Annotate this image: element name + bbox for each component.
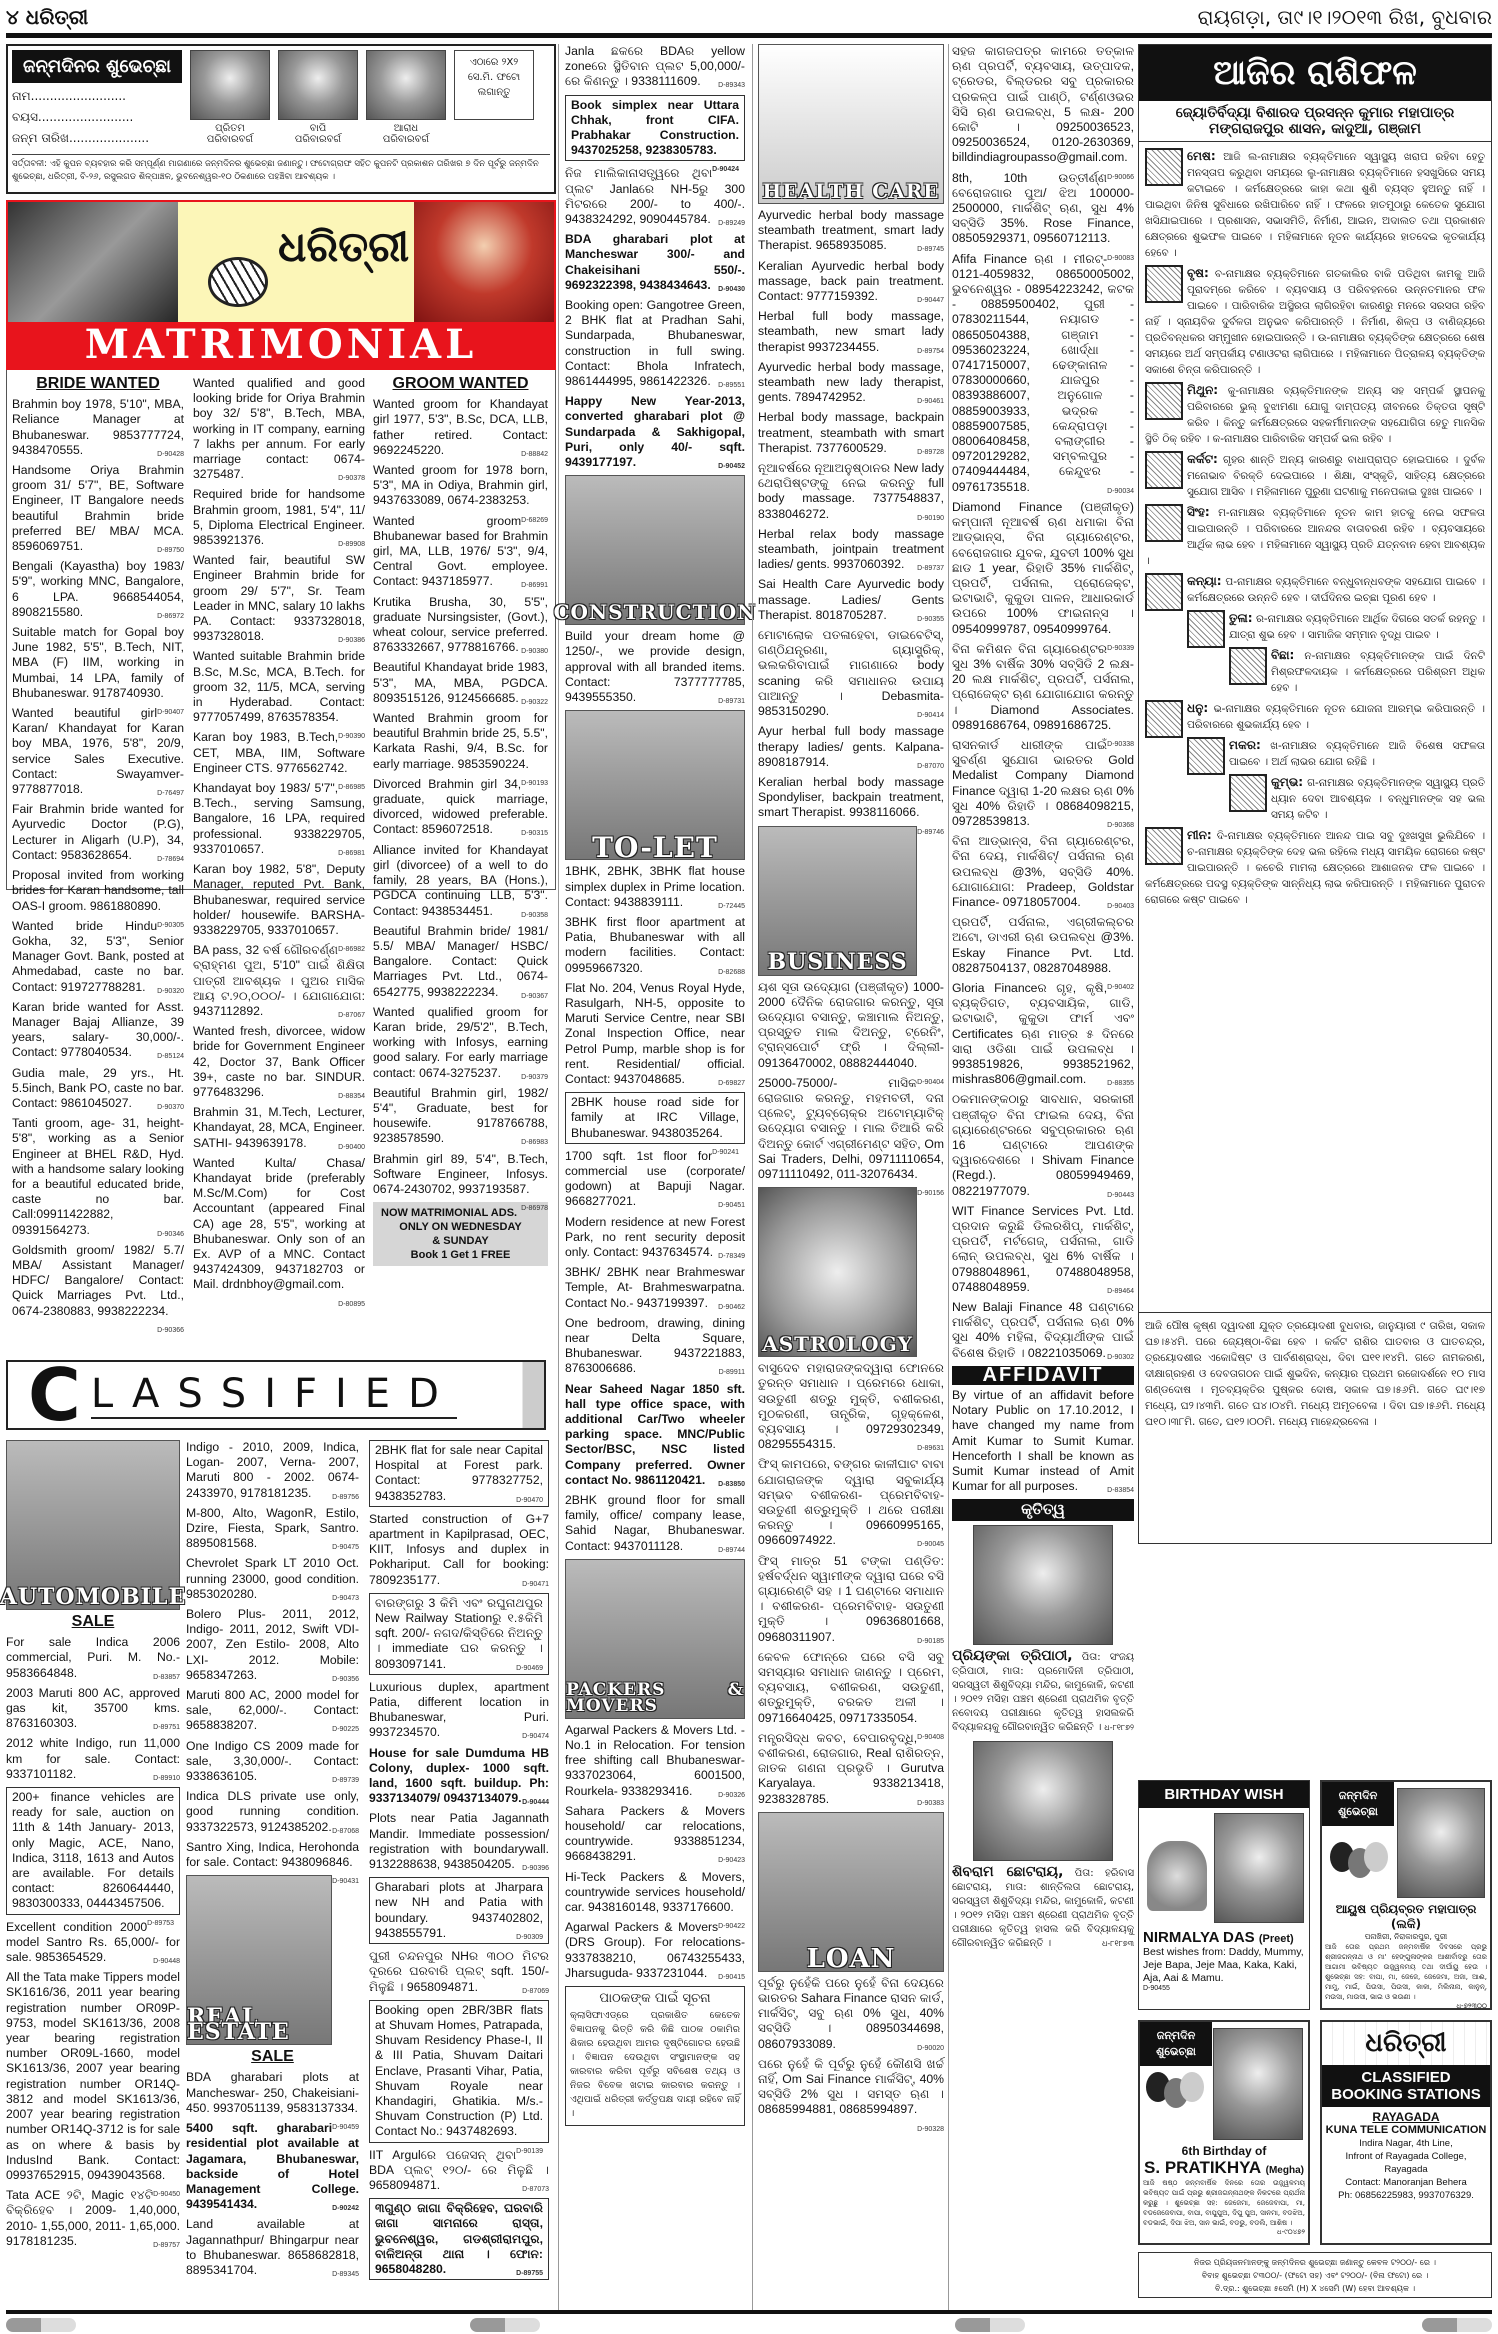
classified-ad: Karan boy 1982, 5'8", Deputy Manager, re… xyxy=(193,862,365,938)
ad-code: D-87067 xyxy=(338,1008,365,1023)
classified-ad: Herbal body massage, backpain treatment,… xyxy=(758,410,944,456)
ad-code: D-90447 xyxy=(917,293,944,308)
birthday-greeting-1: ଜନ୍ମଦିନ ଶୁଭେଚ୍ଛା ଆୟୁଷ ପ୍ରିୟବ୍ରତ ମହାପାତ୍ର… xyxy=(1320,1780,1492,2010)
classified-ad: ୩ଗୁଣ୍ଠ ଜାଗା ବିକ୍ରିହେବ, ଘରବାରି ଜାଗା ସାମନା… xyxy=(369,2198,549,2280)
zodiac-icon xyxy=(1145,148,1183,186)
masthead: ୪ ଧରିତ୍ରୀ ରାୟଗଡ଼ା, ତା୯।୧।୨୦୧୩ ରିଖ, ବୁଧବା… xyxy=(6,0,1492,38)
real-estate-image: REAL ESTATE xyxy=(186,1875,332,2045)
baby-photo xyxy=(1397,1788,1485,1898)
horoscope-entry: ସିଂହ: ମ-ନାମାକ୍ଷର ବ୍ୟକ୍ତିମାନେ ନୂତନ କାମ ହା… xyxy=(1145,504,1485,569)
ad-code: D-90356 xyxy=(332,1672,359,1687)
classified-ad: Brahmin 31, M.Tech, Lecturer, Khandayat,… xyxy=(193,1105,365,1151)
ad-code: D-86978 xyxy=(521,1201,548,1216)
classified-ad: Indica DLS private use only, good runnin… xyxy=(186,1789,359,1835)
finance-column: ସହଜ କାଗଜପତ୍ର କାମରେ ତତ୍କାଳ ଋଣ ପ୍ରପର୍ଟି, ବ… xyxy=(952,44,1134,1951)
classified-ad: Excellent condition 2000 model Santro Rs… xyxy=(6,1920,180,1966)
services-column: HEALTH CARE Ayurvedic herbal body massag… xyxy=(758,44,944,2137)
classified-ad: Near Saheed Nagar 1850 sft. hall type of… xyxy=(565,1382,745,1488)
ad-code: D-89745 xyxy=(917,242,944,257)
footer-tab-center-left xyxy=(470,2318,540,2332)
ad-code: D-86981 xyxy=(338,846,365,861)
classified-ad: Wanted bride Hindu Gokha, 32, 5'3", Seni… xyxy=(12,919,184,995)
dateline: ରାୟଗଡ଼ା, ତା୯।୧।୨୦୧୩ ରିଖ, ବୁଧବାର xyxy=(1198,5,1492,29)
greeting-title: ଜନ୍ମଦିନ ଶୁଭେଚ୍ଛା xyxy=(1322,1782,1394,1826)
ad-code: D-90430 xyxy=(718,282,745,297)
bride-wanted-header: BRIDE WANTED xyxy=(12,376,184,391)
horoscope-title: ଆଜିର ରାଶିଫଳ xyxy=(1139,45,1491,101)
ad-code: D-90309 xyxy=(516,1930,543,1945)
ad-code: D-90242 xyxy=(332,2201,359,2216)
ad-code: D-86972 xyxy=(157,609,184,624)
flower-bouquet-icon xyxy=(1147,1841,1207,1911)
classified-ad: Tanti groom, age- 31, height- 5'8", work… xyxy=(12,1116,184,1238)
classified-ad: ପୂର୍ବରୁ ନୁହେଁକି ପରେ ନୁହେଁ ବିନା ଦେୟରେ ଭାର… xyxy=(758,1976,944,2052)
horoscope-entry: ତୁଳା: ର-ନାମାକ୍ଷର ବ୍ୟକ୍ତିମାନେ ଆର୍ଥିକ ଦିଗର… xyxy=(1145,610,1485,643)
dholak-icon xyxy=(208,257,268,307)
classified-ad: ରାସନକାର୍ଡ ଧାରୀଙ୍କ ପାଇଁ ସୁବର୍ଣ୍ଣ ସୁଯୋଗ ଭା… xyxy=(952,738,1134,829)
classified-ad: House for sale Dumduma HB Colony, duplex… xyxy=(369,1746,549,1807)
ad-code: D-90326 xyxy=(718,1788,745,1803)
classified-ad: Sai Health Care Ayurvedic body massage. … xyxy=(758,577,944,623)
ad-code: D-89908 xyxy=(338,537,365,552)
classified-ad: Suitable match for Gopal boy June 1982, … xyxy=(12,625,184,701)
classified-ad: Agarwal Packers & Movers Ltd. - No.1 in … xyxy=(565,1723,745,1799)
reader-notice-title: ପାଠକଙ୍କ ପାଇଁ ସୂଚନା xyxy=(570,1991,740,2006)
ad-code: D-89249 xyxy=(718,216,745,231)
classified-ad: Divorced Brahmin girl 34, graduate, quic… xyxy=(373,777,548,838)
ad-code: D-89754 xyxy=(917,344,944,359)
ad-code: D-90452 xyxy=(718,459,745,474)
ad-code: D-85124 xyxy=(157,1049,184,1064)
ad-code: D-90451 xyxy=(718,1198,745,1213)
coupon-terms: ସର୍ତ୍ତାବଳୀ: ଏହି କୁପନ ବ୍ୟବହାର କରି ସମ୍ପୂର୍… xyxy=(12,154,550,184)
greeting-title: ଜନ୍ମଦିନ ଶୁଭେଚ୍ଛା xyxy=(1140,2022,1212,2066)
zodiac-icon xyxy=(1145,265,1183,303)
groom-wanted-header: GROOM WANTED xyxy=(373,376,548,391)
classified-ad: 1700 sqft. 1st floor for commercial use … xyxy=(565,1149,745,1210)
ad-code: D-90379 xyxy=(521,1070,548,1085)
classified-ad: Started construction of G+7 apartment in… xyxy=(369,1512,549,1588)
ad-code: D-89551 xyxy=(718,378,745,393)
classified-ad: Book simplex near Uttara Chhak, front CI… xyxy=(565,95,745,162)
ad-code: D-90378 xyxy=(338,471,365,486)
classified-ad: Flat No. 204, Venus Royal Hyde, Rasulgar… xyxy=(565,981,745,1087)
achiever-photo xyxy=(973,1741,1113,1861)
ad-code: D-89737 xyxy=(917,561,944,576)
classified-ad: BA pass, 32 ବର୍ଷ ଗୌରବର୍ଣ୍ଣ ବ୍ରାହ୍ମଣ ପୁଅ,… xyxy=(193,943,365,1019)
classified-ad: Karan boy 1983, B.Tech, CET, MBA, IIM, S… xyxy=(193,730,365,776)
birthday-photo xyxy=(1214,1813,1304,1923)
ad-code: D-69827 xyxy=(718,1076,745,1091)
coupon-child-1: ପ୍ରିତମ ପରିବାରବର୍ଗ xyxy=(190,50,270,150)
classified-ad: Agarwal Packers & Movers (DRS Group). Fo… xyxy=(565,1920,745,1981)
ad-code: D-89746 xyxy=(917,825,944,840)
zodiac-icon xyxy=(1145,827,1183,865)
reader-notice-body: କ୍ଲାସିଫାଏଡ୍‌ରେ ପ୍ରକାଶିତ କେତେକ ବିଜ୍ଞାପନକୁ… xyxy=(570,2009,740,2121)
ad-code: D-90462 xyxy=(718,1300,745,1315)
classified-ad: ଫିସ୍ ମାତ୍ର 51 ଟଙ୍କା ପଣ୍ଡିତ: ହର୍ଷବର୍ଦ୍ଧନ … xyxy=(758,1554,944,1645)
classified-ad: IIT Argulରେ ପଜେସନ୍ ଥିବା BDA ପ୍ଲଟ୍ ୧୨୦/- … xyxy=(369,2148,549,2194)
loan-image: LOAN xyxy=(758,1812,944,1972)
classified-ad: Wanted Brahmin groom for beautiful Brahm… xyxy=(373,711,548,772)
classified-ad: 3BHK/ 2BHK near Brahmeswar Temple, At- B… xyxy=(565,1265,745,1311)
ad-code: D-90225 xyxy=(332,1722,359,1737)
classified-ad: Wanted qualified groom for Karan bride, … xyxy=(373,1005,548,1081)
classified-ad: Keralian herbal body massage Spondyliser… xyxy=(758,775,944,821)
ad-code: D-90403 xyxy=(1107,899,1134,914)
sale-header: SALE xyxy=(6,1614,180,1629)
ad-code: D-90190 xyxy=(917,511,944,526)
groom-wanted-column: GROOM WANTED Wanted groom for Khandayat … xyxy=(373,372,548,1266)
ad-code: D-90368 xyxy=(1107,818,1134,833)
zodiac-icon xyxy=(1145,573,1183,611)
panjika: ଆଜି ପୌଷ କୃଷ୍ଣ ଦ୍ୱାଦଶୀ ଯୁକ୍ତ ତ୍ରୟୋଦଶୀ ବୁଧ… xyxy=(1139,1312,1491,1435)
classified-ad: ନିଜ ମାଲିକାନାସତ୍ତ୍ୱରେ ଥିବା ପ୍ଲଟ Janlaରେ N… xyxy=(565,166,745,227)
horoscope-entry: କୁମ୍ଭ: ଗ-ନାମାକ୍ଷର ବ୍ୟକ୍ତିମାନଙ୍କ ସ୍ୱାସ୍ଥ୍… xyxy=(1145,774,1485,823)
ad-code: D-90461 xyxy=(917,394,944,409)
brand-logo: ଧରିତ୍ରୀ xyxy=(1322,2022,1490,2065)
horoscope-entry: ମୀନ: ଦି-ନାମାକ୍ଷର ବ୍ୟକ୍ତିମାନେ ଆନନ୍ଦ ପାଇ ସ… xyxy=(1145,827,1485,908)
footer-tab-center-right xyxy=(955,2318,1025,2332)
classified-ad: Modern residence at new Forest Park, no … xyxy=(565,1215,745,1261)
classified-ad: Wanted groom for Khandayat girl 1977, 5'… xyxy=(373,397,548,458)
balloons-icon xyxy=(1330,1842,1390,1892)
classified-ad: Wanted groom for 1978 born, 5'3", MA in … xyxy=(373,463,548,509)
horoscope-entry: ବିଛା: ନ-ନାମାକ୍ଷର ବ୍ୟକ୍ତିମାନଙ୍କ ପାଇଁ ଦିନଟ… xyxy=(1145,647,1485,696)
classified-ad: Indigo - 2010, 2009, Indica, Logan- 2007… xyxy=(186,1440,359,1501)
classified-ad: Chevrolet Spark LT 2010 Oct. running 230… xyxy=(186,1556,359,1602)
ad-code: D-89464 xyxy=(1107,1284,1134,1299)
ad-code: D-90355 xyxy=(917,612,944,627)
ad-code: D-89739 xyxy=(332,1773,359,1788)
balloons-icon xyxy=(1146,2072,1206,2122)
coupon-child-3: ଆରାଧ ପରିବାରବର୍ଗ xyxy=(366,50,446,150)
classified-ad: Brahmin boy 1978, 5'10", MBA, Reliance M… xyxy=(12,397,184,458)
horoscope-entry: ମକର: ଖ-ନାମାକ୍ଷର ବ୍ୟକ୍ତିମାନେ ଆଜି ବିଶେଷ ସଫ… xyxy=(1145,737,1485,770)
ad-code: D-90474 xyxy=(522,1729,549,1744)
ad-code: D-90428 xyxy=(157,447,184,462)
classified-ad: Fair Brahmin bride wanted for Ayurvedic … xyxy=(12,802,184,863)
ad-code: D-90415 xyxy=(718,1970,745,1985)
classified-ad: 25000-75000/- ମାସିକ ରୋଜଗାର କରନ୍ତୁ, ମହମବତ… xyxy=(758,1076,944,1182)
classified-ad: ସହଜ କାଗଜପତ୍ର କାମରେ ତତ୍କାଳ ଋଣ ପ୍ରପର୍ଟି, ବ… xyxy=(952,44,1134,166)
classified-ad: Beautiful Khandayat bride 1983, 5'3", MA… xyxy=(373,660,548,706)
classified-ad: Khandayat boy 1983/ 5'7", B.Tech., servi… xyxy=(193,781,365,857)
birthday-wishes-text: Best wishes from: Daddy, Mummy, Jeje Bap… xyxy=(1143,1946,1305,1985)
ad-code: D-90473 xyxy=(332,1591,359,1606)
classified-ad: Karan bride wanted for Asst. Manager Baj… xyxy=(12,1000,184,1061)
classified-ad: Beautiful Brahmin bride/ 1981/ 5.5/ MBA/… xyxy=(373,924,548,1000)
ad-code: D-89345 xyxy=(332,2267,359,2282)
classified-ad: Herbal relax body massage steambath, joi… xyxy=(758,527,944,573)
coupon-name-field[interactable]: ନାମ......................... xyxy=(12,89,182,104)
greeting-name: S. PRATIKHYA xyxy=(1144,2158,1261,2177)
footer-rule xyxy=(6,2310,1492,2314)
ad-code: D-90431 xyxy=(332,1874,359,1889)
zodiac-icon xyxy=(1145,382,1183,420)
ad-code: D-80895 xyxy=(338,1297,365,1312)
coupon-title: ଜନ୍ମଦିନର ଶୁଭେଚ୍ଛା xyxy=(12,50,182,83)
matrimonial-middle-column: Wanted qualified and good looking bride … xyxy=(193,376,365,1312)
classified-ad: Sahara Packers & Movers household/ car r… xyxy=(565,1804,745,1865)
ad-code: D-72445 xyxy=(718,899,745,914)
ad-code: D-90315 xyxy=(521,826,548,841)
classified-ad: M-800, Alto, WagonR, Estilo, Dzire, Fies… xyxy=(186,1506,359,1552)
ad-code: D-90386 xyxy=(338,633,365,648)
classified-ad: ବିନା କମିଶନ ବିନା ଗ୍ୟାରେଣ୍ଟର ସୁଧ 3% ବାର୍ଷି… xyxy=(952,642,1134,733)
ad-code: D-90444 xyxy=(522,1795,549,1810)
classified-ad: Build your dream home @ 1250/-, we provi… xyxy=(565,629,745,705)
ad-code: D-90358 xyxy=(521,908,548,923)
classified-ad: 200+ finance vehicles are ready for sale… xyxy=(6,1787,180,1915)
classified-ad: Keralian Ayurvedic herbal body massage, … xyxy=(758,259,944,305)
classified-ad: All the Tata make Tippers model SK1616/3… xyxy=(6,1970,180,2183)
classified-ad: କେବଳ ଫୋନ୍‌ରେ ଘରେ ବସି ସବୁ ସମସ୍ୟାର ସମାଧାନ … xyxy=(758,1650,944,1726)
child-photo xyxy=(190,50,270,120)
automobile-column-2: Indigo - 2010, 2009, Indica, Logan- 2007… xyxy=(186,1440,359,2283)
classified-ad: Handsome Oriya Brahmin groom 31/ 5'7", B… xyxy=(12,463,184,554)
ad-code: D-90475 xyxy=(332,1540,359,1555)
ad-code: D-76497 xyxy=(157,786,184,801)
birthday-coupon: ଜନ୍ମଦିନର ଶୁଭେଚ୍ଛା ନାମ...................… xyxy=(6,44,556,194)
classified-ad: ପୁରୀ ଚନ୍ଦନପୁର NHର ୩୦୦ ମିଟର ଦୂରରେ ଘରବାରି … xyxy=(369,1949,549,1995)
classified-ad: Ayur herbal full body massage therapy la… xyxy=(758,724,944,770)
coupon-child-2: ବାପି ପରିବାରବର୍ଗ xyxy=(278,50,358,150)
achievement-header: କୃତିତ୍ୱ xyxy=(952,1499,1134,1520)
ad-code: D-90414 xyxy=(917,708,944,723)
footer-tab-right xyxy=(1422,2318,1492,2332)
ad-code: D-90423 xyxy=(718,1853,745,1868)
ad-code: D-90443 xyxy=(1107,1188,1134,1203)
classified-ad: ପ୍ରପର୍ଟି, ପର୍ସନାଲ, ଏଗ୍ରୀକଲ୍ଚର ଅଟୋ, ଡାଏରୀ… xyxy=(952,915,1134,976)
classified-ad: Proposal invited from working brides for… xyxy=(12,868,184,914)
classified-ad: Land available at Jagannathpur/ Bhingarp… xyxy=(186,2217,359,2278)
booking-city: RAYAGADA xyxy=(1322,2111,1490,2124)
zodiac-icon xyxy=(1145,700,1183,738)
zodiac-icon xyxy=(1145,451,1183,489)
zodiac-icon xyxy=(1187,610,1225,648)
ad-code: D-90328 xyxy=(917,2122,944,2137)
ad-code: D-90045 xyxy=(917,1537,944,1552)
classified-ad: Afifa Finance ଋଣ । ମୀରଟ୍- 0121-4059832, … xyxy=(952,252,1134,495)
ad-code: D-89756 xyxy=(332,1490,359,1505)
classified-ad: 5400 sqft. gharabari residential plot av… xyxy=(186,2121,359,2212)
classified-ad: ବାସୁଦେବ ମହାରାଜଙ୍କଦ୍ୱାରା ଫୋନରେ ତୁରନ୍ତ ସମା… xyxy=(758,1361,944,1452)
achiever-name: ପ୍ରିୟଙ୍କା ତ୍ରିପାଠୀ, xyxy=(952,1648,1073,1664)
automobile-image: AUTOMOBILE xyxy=(6,1440,180,1610)
classified-ad: One Indigo CS 2009 made for sale, 3,30,0… xyxy=(186,1739,359,1785)
ad-code: D-90367 xyxy=(521,989,548,1004)
ad-code: D-90469 xyxy=(516,1661,543,1676)
business-image: BUSINESS xyxy=(758,826,917,976)
real-estate-column: 2BHK flat for sale near Capital Hospital… xyxy=(369,1440,549,2285)
classified-ad: ୟଶ ସୂତା ଉଦ୍ୟୋଗ (ପଞ୍ଜୀକୃତ) 1000-2000 ଦୈନି… xyxy=(758,980,944,1071)
classified-ad: 8th, 10th ଉତ୍ତୀର୍ଣ୍ଣ ବେରୋଜଗାର ପୁଅ/ ଝିଅ 1… xyxy=(952,171,1134,247)
booking-phone: Ph: 06856225983, 9937076329. xyxy=(1322,2189,1490,2202)
matrimonial-banner: ଧରିତ୍ରୀ MATRIMONIAL xyxy=(6,200,556,370)
ad-code: D-90380 xyxy=(521,644,548,659)
ad-code: D-89755 xyxy=(516,2266,543,2281)
achiever-1: ପ୍ରିୟଙ୍କା ତ୍ରିପାଠୀ, ପିତା: ସଂଜୟ ତ୍ରିପାଠୀ,… xyxy=(952,1525,1134,1735)
ad-code: D-90322 xyxy=(521,695,548,710)
achiever-2: ଶିବରାମ ଛୋଟରାୟ, ପିତା: ହରିବାସ ଛୋଟରାୟ, ମାତା… xyxy=(952,1741,1134,1951)
horoscope-entry: ମିଥୁନ: କୁ-ନାମାକ୍ଷର ବ୍ୟକ୍ତିମାନଙ୍କ ଅନ୍ୟ ସହ… xyxy=(1145,382,1485,447)
zodiac-icon xyxy=(1187,737,1225,775)
ad-code: D-89750 xyxy=(157,543,184,558)
classified-ad: ମୋଟାଲୋକ ପତଳାହେବା, ଡାଇବେଟିସ୍, ଗଣ୍ଠିଯନ୍ତ୍ର… xyxy=(758,628,944,719)
ad-code: D-87069 xyxy=(522,1984,549,1999)
classified-ad: Brahmin girl 89, 5'4", B.Tech, Software … xyxy=(373,1152,548,1198)
ad-code: D-88842 xyxy=(521,447,548,462)
classified-ad: 2BHK ground floor for small family, offi… xyxy=(565,1493,745,1554)
birthday-wish-title: BIRTHDAY WISH xyxy=(1139,1781,1309,1808)
classified-ad: Santro Xing, Indica, Herohonda for sale.… xyxy=(186,1840,359,1870)
classified-ad: Maruti 800 AC, 2000 model for sale, 62,0… xyxy=(186,1688,359,1734)
ad-code: D-82688 xyxy=(718,965,745,980)
ad-code: D-90185 xyxy=(917,1634,944,1649)
ad-code: D-89910 xyxy=(153,1771,180,1786)
ad-code: D-89343 xyxy=(718,78,745,93)
classified-ad: Luxurious duplex, apartment Patia, diffe… xyxy=(369,1680,549,1741)
ad-code: D-87073 xyxy=(522,2182,549,2197)
classified-ad: Bengali (Kayastha) boy 1983/ 5'9", worki… xyxy=(12,559,184,620)
classified-ad: 2003 Maruti 800 AC, approved gas kit, 35… xyxy=(6,1686,180,1732)
classified-ad: 1BHK, 2BHK, 3BHK flat house simplex dupl… xyxy=(565,864,745,910)
ad-code: D-89728 xyxy=(917,445,944,460)
greeting-rates-note: ନିଜର ପ୍ରିୟଜନମାନଙ୍କୁ ଜନ୍ମଦିନର ଶୁଭେଚ୍ଛା ଜଣ… xyxy=(1138,2252,1492,2298)
ad-code: D-90396 xyxy=(522,1861,549,1876)
classified-ad: Goldsmith groom/ 1982/ 5.7/ MBA/ Assista… xyxy=(12,1243,184,1319)
ad-code: D-90471 xyxy=(522,1577,549,1592)
classified-ad: ଠକମାନଙ୍କଠାରୁ ସାବଧାନ, ସରକାରୀ ପଞ୍ଜୀକୃତ ବିନ… xyxy=(952,1092,1134,1198)
classified-ad: Gharabari plots at Jharpara new NH and P… xyxy=(369,1877,549,1944)
reader-notice-box: ପାଠକଙ୍କ ପାଇଁ ସୂଚନା କ୍ଲାସିଫାଏଡ୍‌ରେ ପ୍ରକାଶ… xyxy=(565,1986,745,2126)
classified-ad: Herbal full body massage, steambath, new… xyxy=(758,309,944,355)
classified-ad: Beautiful Brahmin girl, 1982/ 5'4", Grad… xyxy=(373,1086,548,1147)
classified-ad: ମନ୍ତ୍ରସିଦ୍ଧ କବଚ, ବେପାରବୃଦ୍ଧି, ବଶୀକରଣ, ରୋ… xyxy=(758,1731,944,1807)
ad-code: D-90366 xyxy=(157,1323,184,1338)
ad-code: D-90448 xyxy=(153,1954,180,1969)
astrologer-address: ମଙ୍ଗରାଜପୁର ଶାସନ, କାଦୁଆ, ଗଞ୍ଜାମ xyxy=(1139,121,1491,137)
child-photo xyxy=(1213,2028,1303,2140)
classified-ad: Tata ACE ୨ଟି, Magic ୧୪ଟି ବିକ୍ରିହେବ । 200… xyxy=(6,2188,180,2249)
ad-code: D-83857 xyxy=(153,1670,180,1685)
classified-ad: Wanted Kulta/ Chasa/ Khandayat bride (pr… xyxy=(193,1156,365,1293)
classified-ad: Wanted qualified and good looking bride … xyxy=(193,376,365,482)
packers-movers-image: PACKERS & MOVERS xyxy=(565,1559,745,1719)
horoscope-entry: କର୍କଟ: ଗୃହର ଶାନ୍ତି ଅନ୍ୟ କାରଣରୁ ବାଧାପ୍ରାପ… xyxy=(1145,451,1485,500)
classified-ad: WIT Finance Services Pvt. Ltd. ପ୍ରଦାନ କର… xyxy=(952,1204,1134,1295)
bride-photo xyxy=(414,202,554,327)
horoscope-list: ମେଷ: ଆଜି ଲ-ନାମାକ୍ଷର ବ୍ୟକ୍ତିମାନେ ସ୍ୱାସ୍ଥ୍… xyxy=(1139,142,1491,1312)
wedding-photo xyxy=(8,202,178,327)
ad-code: D-89757 xyxy=(153,2238,180,2253)
classified-ad: Required bride for handsome Brahmin groo… xyxy=(193,487,365,548)
classified-ad: Diamond Finance (ପଞ୍ଜୀକୃତ) କମ୍ପାନୀ ନୂଆବର… xyxy=(952,500,1134,637)
horoscope-section: ଆଜିର ରାଶିଫଳ ଜ୍ୟୋତିର୍ବିଦ୍ୟା ବିଶାରଦ ପ୍ରସନ୍… xyxy=(1138,44,1492,1544)
achiever-name: ଶିବରାମ ଛୋଟରାୟ, xyxy=(952,1864,1063,1880)
classified-ad: ବିନା ଆଡ୍‌ଭାନ୍ସ, ବିନା ଗ୍ୟାରେଣ୍ଟର, ବିନା ଦେ… xyxy=(952,834,1134,910)
classified-ad: 2BHK flat for sale near Capital Hospital… xyxy=(369,1440,549,1507)
classified-ad: Wanted fair, beautiful SW Engineer Brahm… xyxy=(193,553,365,644)
bride-wanted-column: BRIDE WANTED Brahmin boy 1978, 5'10", MB… xyxy=(12,372,184,1338)
ad-code: D-90370 xyxy=(157,1100,184,1115)
horoscope-entry: ଧନୁ: ଭ-ନାମାକ୍ଷର ବ୍ୟକ୍ତିମାନେ ନୂତନ ଯୋଜନା ଆ… xyxy=(1145,700,1485,733)
ad-code: D-90383 xyxy=(917,1796,944,1811)
classified-ad: Plots near Patia Jagannath Mandir. Immed… xyxy=(369,1811,549,1872)
ad-code: D-90320 xyxy=(157,984,184,999)
classified-ad: ବାରଙ୍ଗରୁ 3 କିମି ଏବଂ ରଘୁନାଥପୁର New Railwa… xyxy=(369,1593,549,1675)
coupon-dob-field[interactable]: ଜନ୍ମ ତାରିଖ..................... xyxy=(12,131,182,146)
column-divider xyxy=(558,44,559,2314)
birthday-name: NIRMALYA DAS xyxy=(1143,1929,1255,1946)
ad-code: D-87068 xyxy=(332,1824,359,1839)
classified-big-c: C xyxy=(28,1360,81,1430)
property-column: Janla ଛକରେ BDAର yellow zoneରେ ସ୍ଥିତିବାନ … xyxy=(565,44,745,2126)
greeting-name: ଆୟୁଷ ପ୍ରିୟବ୍ରତ ମହାପାତ୍ର (ଲକି) xyxy=(1325,1902,1487,1932)
ad-code: D-90302 xyxy=(1107,1350,1134,1365)
ad-code: D-83850 xyxy=(718,1477,745,1492)
matrimonial-title: MATRIMONIAL xyxy=(8,322,554,368)
classified-ad: ପରେ ନୁହେଁ କି ପୂର୍ବରୁ ନୁହେଁ କୌଣସି ଖର୍ଚ୍ଚ … xyxy=(758,2057,944,2118)
coupon-age-field[interactable]: ବୟସ......................... xyxy=(12,110,182,125)
footer-tab-left xyxy=(6,2318,76,2332)
ad-code: D-90346 xyxy=(157,1227,184,1242)
tolet-image: TO-LET xyxy=(565,710,745,860)
ad-code: D-86983 xyxy=(521,1135,548,1150)
classified-ad: Hi-Teck Packers & Movers, countrywide se… xyxy=(565,1870,745,1916)
classified-ad: ନୂଆବର୍ଷରେ ନୂଆଅନୁଷ୍ଠାନର New lady ଥେରାପିଷ୍… xyxy=(758,461,944,522)
classified-ad: Krutika Brusha, 30, 5'5", graduate Nursi… xyxy=(373,595,548,656)
classified-ad: Wanted fresh, divorcee, widow bride for … xyxy=(193,1024,365,1100)
classified-ad: Ayurvedic herbal body massage, steambath… xyxy=(758,360,944,406)
classified-ad: Ayurvedic herbal body massage steambath … xyxy=(758,208,944,254)
classified-banner: C LASSIFIED xyxy=(6,1360,546,1430)
ad-code: D-78694 xyxy=(157,852,184,867)
horoscope-entry: କନ୍ୟା: ପ-ନାମାକ୍ଷର ବ୍ୟକ୍ତିମାନେ ବନ୍ଧୁବାନ୍ଧ… xyxy=(1145,573,1485,606)
affidavit-ad: By virtue of an affidavit before Notary … xyxy=(952,1388,1134,1494)
birthday-wish-box: BIRTHDAY WISH NIRMALYA DAS (Preet) Best … xyxy=(1138,1780,1310,2010)
zodiac-icon xyxy=(1229,774,1267,812)
brand-logo: ଧରିତ୍ରୀ xyxy=(278,222,409,272)
affidavit-header: AFFIDAVIT xyxy=(952,1366,1134,1385)
child-photo xyxy=(366,50,446,120)
ad-code: D-90034 xyxy=(1107,484,1134,499)
classified-ad: Gudia male, 29 yrs., Ht. 5.5inch, Bank P… xyxy=(12,1066,184,1112)
classified-ad: Wanted groom Bhubanewar based for Brahmi… xyxy=(373,514,548,590)
classified-ad: Gloria Financeର ଗୃହ, କୃଷି, ବ୍ୟକ୍ତିଗତ, ବ୍… xyxy=(952,981,1134,1087)
ad-code: D-90470 xyxy=(516,1493,543,1508)
astrology-image: ASTROLOGY xyxy=(758,1187,917,1357)
ad-code: D-90156 xyxy=(917,1186,944,1201)
classified-ad: 3BHK first floor apartment at Patia, Bhu… xyxy=(565,915,745,976)
classified-title: LASSIFIED xyxy=(91,1371,457,1419)
ad-code: D-89631 xyxy=(917,1441,944,1456)
ad-code: D-89744 xyxy=(718,1543,745,1558)
horoscope-entry: ମେଷ: ଆଜି ଲ-ନାମାକ୍ଷର ବ୍ୟକ୍ତିମାନେ ସ୍ୱାସ୍ଥ୍… xyxy=(1145,148,1485,261)
health-care-image: HEALTH CARE xyxy=(758,44,944,204)
page-number-brand: ୪ ଧରିତ୍ରୀ xyxy=(6,5,88,29)
booking-station-box: ଧରିତ୍ରୀ CLASSIFIED BOOKING STATIONS RAYA… xyxy=(1320,2020,1492,2245)
classified-ad: Wanted beautiful girl Karan/ Khandayat f… xyxy=(12,706,184,797)
ad-code: D-88354 xyxy=(338,1089,365,1104)
classified-ad: Janla ଛକରେ BDAର yellow zoneରେ ସ୍ଥିତିବାନ … xyxy=(565,44,745,90)
ad-code: D-89751 xyxy=(153,1720,180,1735)
classified-ad: New Balaji Finance 48 ଘଣ୍ଟାରେ ମାର୍କଶିଟ୍,… xyxy=(952,1300,1134,1361)
column-divider xyxy=(752,44,753,2314)
photo-placeholder-box: ଏଠାରେ ୨X୨ ସେ.ମି. ଫଟୋ ଲଗାନ୍ତୁ xyxy=(454,50,534,120)
classified-ad: BDA gharabari plots at Mancheswar- 250, … xyxy=(186,2070,359,2116)
